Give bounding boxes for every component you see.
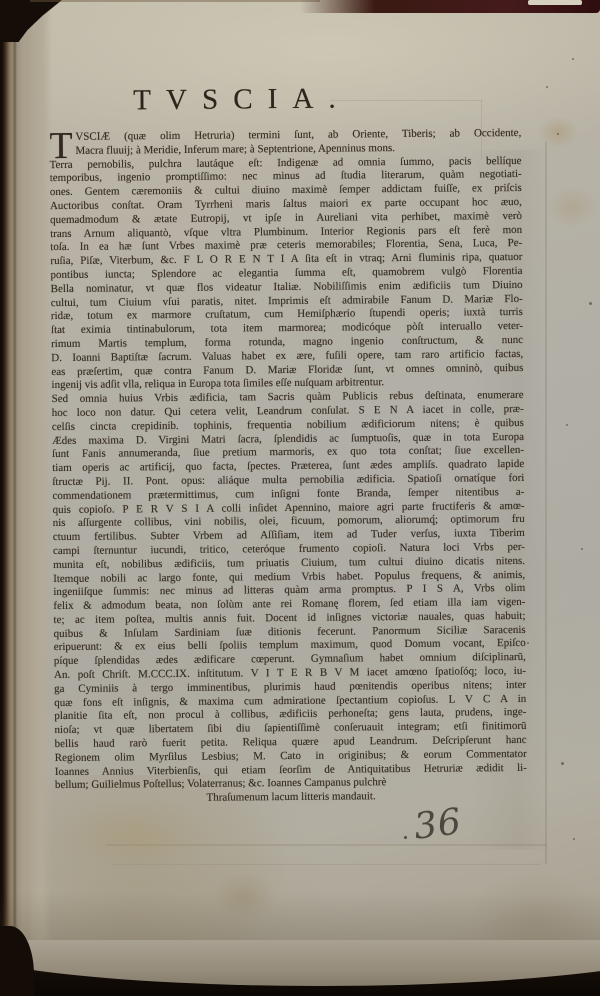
foxing-speck [546, 86, 548, 88]
underlying-page-sliver [528, 0, 582, 5]
foxing-speck [589, 302, 592, 305]
foxing-speck [566, 424, 568, 426]
page-bottom-shade [0, 892, 600, 944]
body-paragraph: T VSCIÆ (quæ olim Hetruria) termini ſunt… [49, 127, 527, 807]
page-title: TVSCIA. [49, 80, 521, 118]
foxing-speck [573, 838, 575, 840]
scanned-book-page-photo: TVSCIA. T VSCIÆ (quæ olim Hetruria) term… [0, 0, 600, 996]
foxing-speck [572, 58, 574, 60]
foxing-spot [546, 186, 598, 228]
foxing-speck [557, 133, 559, 135]
stain [55, 798, 210, 870]
handwritten-page-number: 36 [412, 801, 464, 848]
page-top-edge [30, 0, 320, 2]
foxing-speck [581, 548, 583, 550]
printed-text-block: TVSCIA. T VSCIÆ (quæ olim Hetruria) term… [49, 80, 527, 807]
foxing-speck [527, 642, 529, 644]
foxing-speck [561, 762, 564, 765]
show-through-line [106, 844, 546, 846]
show-through-line [112, 864, 540, 865]
drop-cap-initial: T [49, 131, 70, 158]
book-gutter-edge [0, 0, 52, 996]
ink-dot [404, 836, 407, 839]
foxing-spot [538, 116, 578, 148]
show-through-line [545, 142, 547, 864]
